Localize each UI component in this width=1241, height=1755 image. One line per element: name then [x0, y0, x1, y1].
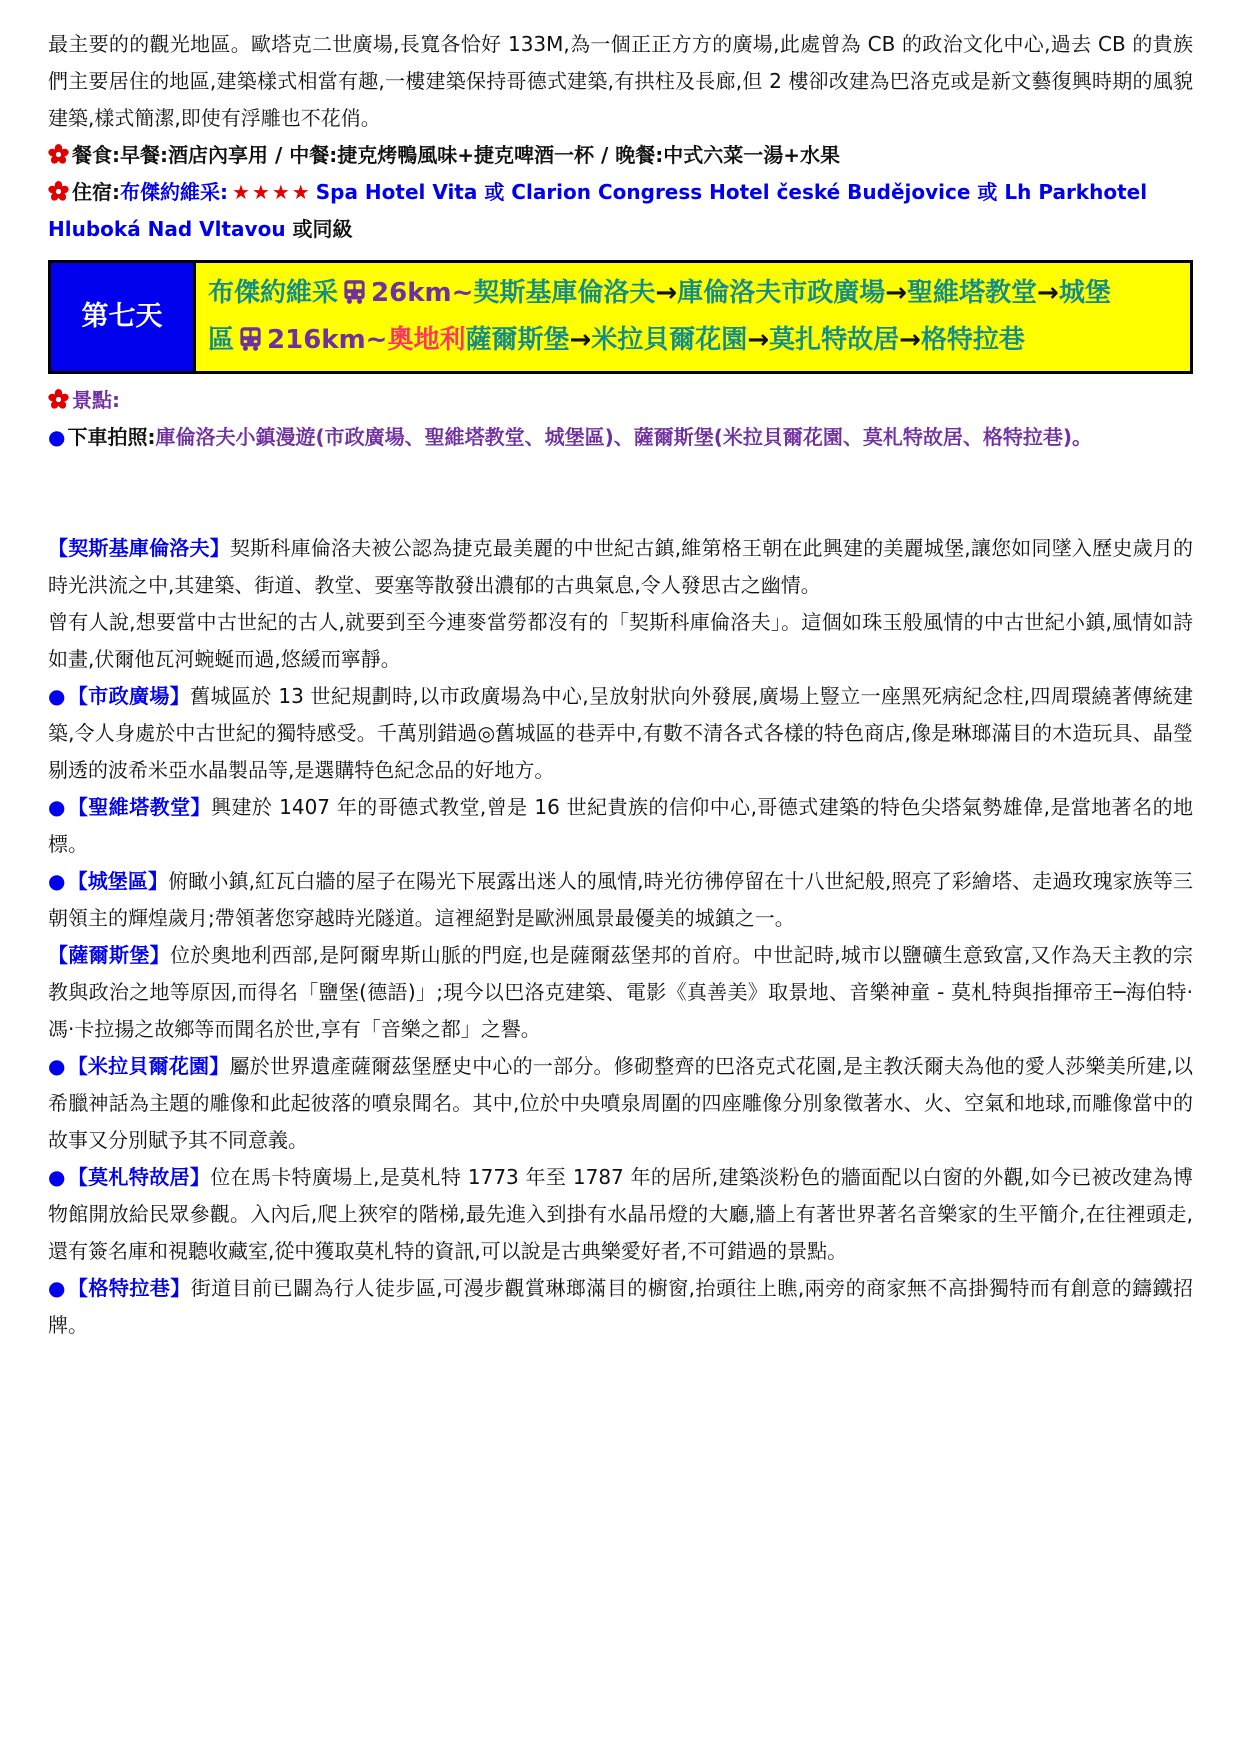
bullet-icon: ●	[48, 795, 66, 819]
attraction-paragraph: 【薩爾斯堡】位於奧地利西部,是阿爾卑斯山脈的門庭,也是薩爾茲堡邦的首府。中世記時…	[48, 937, 1193, 1048]
hotel-line: 住宿:布傑約維采:★★★★Spa Hotel Vita 或 Clarion Co…	[48, 174, 1193, 248]
bullet-icon: ●	[48, 425, 65, 449]
attraction-text: 舊城區於 13 世紀規劃時,以市政廣場為中心,呈放射狀向外發展,廣場上豎立一座黑…	[48, 684, 1193, 782]
attraction-title: 【薩爾斯堡】	[48, 943, 170, 967]
day-label: 第七天	[50, 262, 195, 373]
hotel-label: 住宿:	[72, 180, 120, 204]
bullet-icon: ●	[48, 869, 66, 893]
day-route: 布傑約維采26km~契斯基庫倫洛夫→庫倫洛夫市政廣場→聖維塔教堂→城堡區216k…	[195, 262, 1192, 373]
flower-icon	[48, 389, 69, 410]
hotel-city: 布傑約維采:	[120, 180, 228, 204]
bullet-icon: ●	[48, 1165, 66, 1189]
day-header-table: 第七天 布傑約維采26km~契斯基庫倫洛夫→庫倫洛夫市政廣場→聖維塔教堂→城堡區…	[48, 260, 1193, 374]
route-segment: 契斯基庫倫洛夫	[473, 278, 655, 308]
hotel-suffix: 或同級	[293, 217, 353, 241]
route-segment: 格特拉巷	[921, 325, 1025, 355]
bullet-icon: ●	[48, 1276, 66, 1300]
attraction-sections: 【契斯基庫倫洛夫】契斯科庫倫洛夫被公認為捷克最美麗的中世紀古鎮,維第格王朝在此興…	[48, 530, 1193, 1344]
route-segment: →	[655, 278, 677, 308]
attraction-title: 【契斯基庫倫洛夫】	[48, 536, 230, 560]
meals-label: 餐食:	[72, 143, 120, 167]
attraction-paragraph: ●【市政廣場】舊城區於 13 世紀規劃時,以市政廣場為中心,呈放射狀向外發展,廣…	[48, 678, 1193, 789]
intro-paragraph: 最主要的的觀光地區。歐塔克二世廣場,長寬各恰好 133M,為一個正正方方的廣場,…	[48, 26, 1193, 137]
sights-label: 景點:	[72, 388, 120, 412]
route-segment: 216km~	[267, 325, 387, 355]
attraction-paragraph: ●【格特拉巷】街道目前已闢為行人徒步區,可漫步觀賞琳瑯滿目的櫥窗,抬頭往上瞧,兩…	[48, 1270, 1193, 1344]
photo-stops-text: 庫倫洛夫小鎮漫遊(市政廣場、聖維塔教堂、城堡區)、薩爾斯堡(米拉貝爾花園、莫札特…	[155, 425, 1092, 449]
attraction-paragraph: 曾有人說,想要當中古世紀的古人,就要到至今連麥當勞都沒有的「契斯科庫倫洛夫」。這…	[48, 604, 1193, 678]
route-segment: 聖維塔教堂	[907, 278, 1037, 308]
attraction-text: 興建於 1407 年的哥德式教堂,曾是 16 世紀貴族的信仰中心,哥德式建築的特…	[48, 795, 1193, 856]
meals-text: 早餐:酒店內享用 / 中餐:捷克烤鴨風味+捷克啤酒一杯 / 晚餐:中式六菜一湯+…	[120, 143, 840, 167]
attraction-text: 俯瞰小鎮,紅瓦白牆的屋子在陽光下展露出迷人的風情,時光彷彿停留在十八世紀般,照亮…	[48, 869, 1193, 930]
route-segment: 薩爾斯堡	[465, 325, 569, 355]
route-segment: →	[885, 278, 907, 308]
route-segment: 奧地利	[387, 325, 465, 355]
itinerary-page: 最主要的的觀光地區。歐塔克二世廣場,長寬各恰好 133M,為一個正正方方的廣場,…	[0, 0, 1241, 1755]
attraction-paragraph: ●【聖維塔教堂】興建於 1407 年的哥德式教堂,曾是 16 世紀貴族的信仰中心…	[48, 789, 1193, 863]
route-segment: →	[570, 325, 592, 355]
bullet-icon: ●	[48, 1054, 66, 1078]
attraction-paragraph: ●【城堡區】俯瞰小鎮,紅瓦白牆的屋子在陽光下展露出迷人的風情,時光彷彿停留在十八…	[48, 863, 1193, 937]
bus-icon	[237, 325, 264, 352]
route-segment: 米拉貝爾花園	[591, 325, 747, 355]
attraction-title: 【米拉貝爾花園】	[68, 1054, 230, 1078]
attraction-paragraph: ●【米拉貝爾花園】屬於世界遺產薩爾茲堡歷史中心的一部分。修砌整齊的巴洛克式花園,…	[48, 1048, 1193, 1159]
route-segment: →	[899, 325, 921, 355]
attraction-paragraph: 【契斯基庫倫洛夫】契斯科庫倫洛夫被公認為捷克最美麗的中世紀古鎮,維第格王朝在此興…	[48, 530, 1193, 604]
attraction-title: 【城堡區】	[68, 869, 169, 893]
hotel-star-rating: ★★★★	[232, 180, 312, 204]
flower-icon	[48, 181, 69, 202]
photo-stops-label: 下車拍照:	[67, 425, 155, 449]
photo-stops-line: ●下車拍照:庫倫洛夫小鎮漫遊(市政廣場、聖維塔教堂、城堡區)、薩爾斯堡(米拉貝爾…	[48, 419, 1193, 456]
route-segment: 莫扎特故居	[769, 325, 899, 355]
route-segment: 庫倫洛夫市政廣場	[677, 278, 885, 308]
route-segment: 26km~	[371, 278, 473, 308]
flower-icon	[48, 144, 69, 165]
attraction-title: 【聖維塔教堂】	[68, 795, 211, 819]
route-segment: 布傑約維采	[208, 278, 338, 308]
attraction-title: 【格特拉巷】	[68, 1276, 191, 1300]
meals-line: 餐食:早餐:酒店內享用 / 中餐:捷克烤鴨風味+捷克啤酒一杯 / 晚餐:中式六菜…	[48, 137, 1193, 174]
attraction-text: 街道目前已闢為行人徒步區,可漫步觀賞琳瑯滿目的櫥窗,抬頭往上瞧,兩旁的商家無不高…	[48, 1276, 1193, 1337]
route-segment: →	[747, 325, 769, 355]
attraction-text: 位於奧地利西部,是阿爾卑斯山脈的門庭,也是薩爾茲堡邦的首府。中世記時,城市以鹽礦…	[48, 943, 1193, 1041]
attraction-text: 位在馬卡特廣場上,是莫札特 1773 年至 1787 年的居所,建築淡粉色的牆面…	[48, 1165, 1193, 1263]
attraction-title: 【莫札特故居】	[68, 1165, 210, 1189]
bullet-icon: ●	[48, 684, 66, 708]
bus-icon	[341, 278, 368, 305]
attraction-paragraph: ●【莫札特故居】位在馬卡特廣場上,是莫札特 1773 年至 1787 年的居所,…	[48, 1159, 1193, 1270]
sights-line: 景點:	[48, 382, 1193, 419]
route-segment: →	[1037, 278, 1059, 308]
attraction-title: 【市政廣場】	[68, 684, 190, 708]
attraction-text: 曾有人說,想要當中古世紀的古人,就要到至今連麥當勞都沒有的「契斯科庫倫洛夫」。這…	[48, 610, 1193, 671]
